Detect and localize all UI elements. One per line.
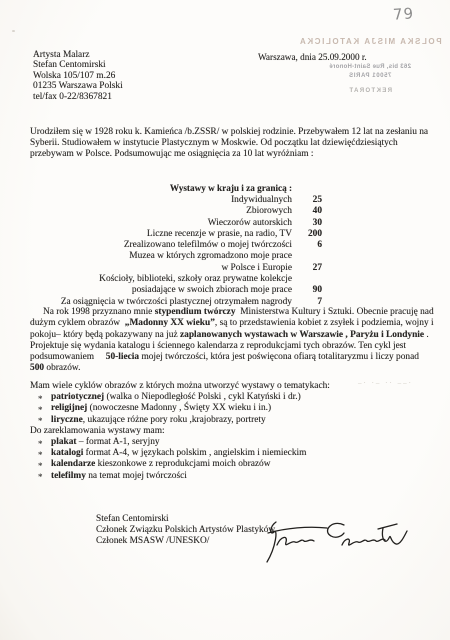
handwritten-signature [260,517,418,569]
asterisk-bullet-icon: * [38,439,51,450]
date-line: Warszawa, dnia 25.09.2000 r. [258,52,367,62]
sender-street: Wolska 105/107 m.26 [33,71,123,81]
row-label: Kościoły, biblioteki, szkoły oraz prywat… [30,274,292,285]
row-value: 6 [292,240,322,251]
list-item: * patriotycznej (walka o Niepodległość P… [38,392,435,403]
table-row: Indywidualnych25 [30,195,322,206]
text-segment-bold: „Madonny XX wieku” [125,318,215,328]
row-value [292,251,322,262]
text-segment: Na rok 1998 przyznano mnie [43,307,155,317]
stamp-rektorat: REKTORAT [291,88,449,94]
asterisk-bullet-icon: * [38,472,51,483]
bullet-text: katalogi format A-4, w językach polskim … [51,448,306,459]
stipend-paragraph: Na rok 1998 przyznano mnie stypendium tw… [30,307,435,375]
text-segment: mojej twórczości, która jest poświęcona … [139,352,419,362]
signatory-title-2: Członek MSASW /UNESKO/ [96,536,275,547]
text-segment-bold: stypendium twórczy [155,307,236,317]
promo-intro: Do zareklamowania wystawy mam: [30,426,435,437]
row-value: 90 [292,285,322,296]
table-row: Muzea w których zgromadzono moje prace [30,251,322,262]
exhibitions-heading: Wystawy w kraju i za granicą : [30,183,432,193]
sender-city: 01235 Warszawa Polski [33,81,123,91]
text-segment-bold: 50-liecia [106,352,139,362]
scan-noise-dashes: –· ·– ·· ––· [358,379,438,387]
scanned-letter-page: 79 POLSKA MISJA KATOLICKA 263 bis, Rue S… [0,0,450,640]
bullet-text: plakat – format A-1, seryjny [51,437,160,448]
table-row: posiadające w swoich zbiorach moje prace… [30,285,322,296]
row-label: Wieczorów autorskich [30,218,292,229]
row-label: Zbiorowych [30,206,292,217]
bullet-text: religijnej (nowoczesne Madonny , Święty … [51,403,271,414]
row-label: Liczne recenzje w prasie, na radio, TV [30,229,292,240]
row-value [292,274,322,285]
table-row: Zbiorowych40 [30,206,322,217]
text-segment-bold: zaplanowanych wystawach w Warszawie , Pa… [180,330,424,340]
text-segment-bold: 500 [30,363,44,373]
bleed-through-stamp: POLSKA MISJA KATOLICKA 263 bis, Rue Sain… [291,37,449,101]
table-row: Kościoły, biblioteki, szkoły oraz prywat… [30,274,322,285]
exhibitions-list: Indywidualnych25 Zbiorowych40 Wieczorów … [30,195,322,308]
handwritten-page-number: 79 [392,4,414,23]
table-row: Wieczorów autorskich30 [30,218,322,229]
signatory-name: Stefan Centomirski [96,514,275,525]
list-item: * katalogi format A-4, w językach polski… [38,448,435,459]
list-item: * plakat – format A-1, seryjny [38,437,435,448]
table-row: Zrealizowano telefilmów o mojej twórczoś… [30,240,322,251]
bullet-text: liryczne, ukazujące różne pory roku ,kra… [51,415,266,426]
list-item: * religijnej (nowoczesne Madonny , Święt… [38,403,435,414]
row-value: 200 [292,229,322,240]
bullet-text: telefilmy na temat mojej twórczości [51,471,187,482]
asterisk-bullet-icon: * [38,394,51,405]
stamp-street: 263 bis, Rue Saint-Honoré [291,64,449,70]
list-item: * liryczne, ukazujące różne pory roku ,k… [38,415,435,426]
row-value: 25 [292,195,322,206]
signature-block: Stefan Centomirski Członek Związku Polsk… [96,514,275,548]
list-item: * kalendarze kieszonkowe z reprodukcjami… [38,459,435,470]
list-item: * telefilmy na temat mojej twórczości [38,471,435,482]
scan-speck [12,30,15,32]
bullet-text: kalendarze kieszonkowe z reprodukcjami m… [51,459,270,470]
stamp-org-name: POLSKA MISJA KATOLICKA [291,37,449,46]
signatory-title-1: Członek Związku Polskich Artystów Plasty… [96,525,275,536]
row-value: 27 [292,263,322,274]
sender-name: Stefan Centomirski [33,60,123,70]
row-value: 40 [292,206,322,217]
text-segment: obrazów. [44,363,80,373]
row-label: w Polsce i Europie [30,263,292,274]
stamp-city: 75001 PARIS [291,73,449,79]
row-value: 30 [292,218,322,229]
row-label: Muzea w których zgromadzono moje prace [30,251,292,262]
row-label: posiadające w swoich zbiorach moje prace [30,285,292,296]
row-label: Indywidualnych [30,195,292,206]
row-label: Zrealizowano telefilmów o mojej twórczoś… [30,240,292,251]
sender-address-block: Artysta Malarz Stefan Centomirski Wolska… [33,50,123,102]
asterisk-bullet-icon: * [38,461,51,472]
intro-paragraph: Urodziłem się w 1928 roku k. Kamieńca /b… [30,127,434,161]
table-row: w Polsce i Europie27 [30,263,322,274]
bullet-text: patriotycznej (walka o Niepodległość Pol… [51,392,301,403]
asterisk-bullet-icon: * [38,405,51,416]
table-row: Liczne recenzje w prasie, na radio, TV20… [30,229,322,240]
sender-phone: tel/fax 0-22/8367821 [33,92,123,102]
cycles-section: Mam wiele cyklów obrazów z których można… [30,381,435,482]
asterisk-bullet-icon: * [38,416,51,427]
sender-role: Artysta Malarz [33,50,123,60]
asterisk-bullet-icon: * [38,450,51,461]
